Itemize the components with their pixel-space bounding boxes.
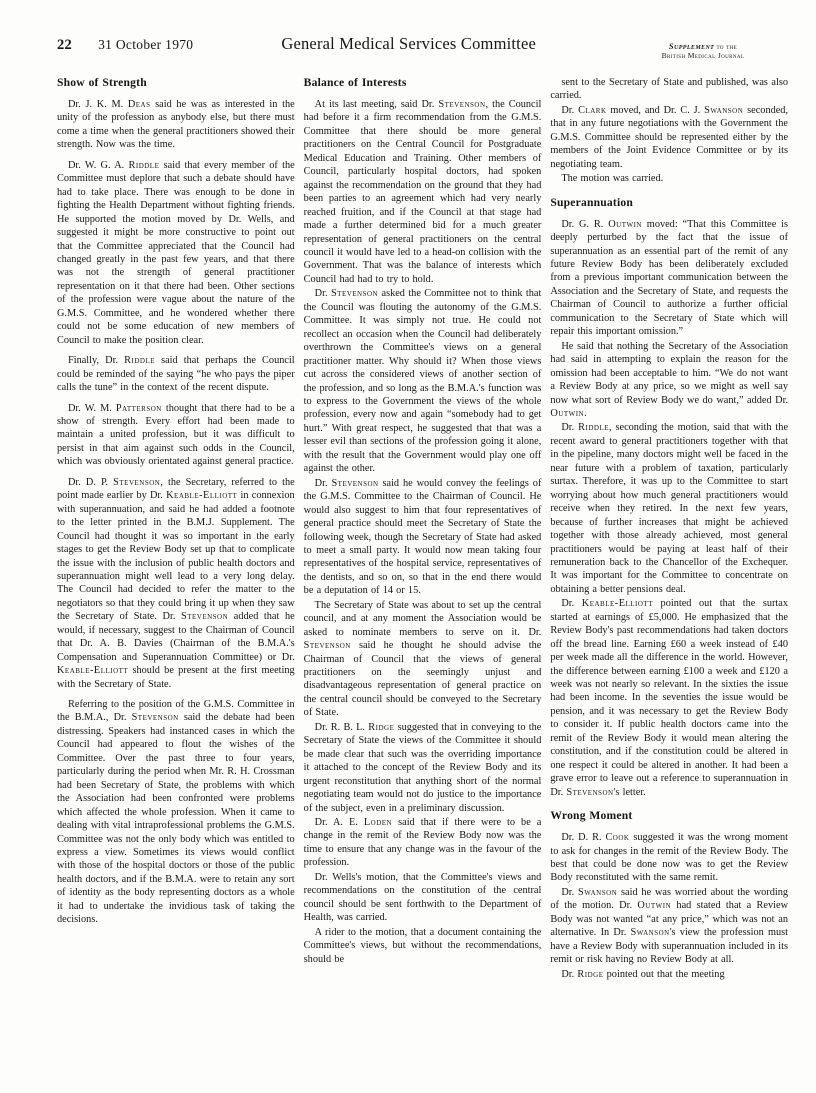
journal-name: British Medical Journal	[618, 51, 788, 60]
body-paragraph: Dr. G. R. Outwin moved: “That this Commi…	[550, 218, 788, 339]
issue-date: 31 October 1970	[98, 37, 193, 53]
body-paragraph: Dr. Ridge pointed out that the meeting	[550, 968, 788, 981]
body-paragraph: Dr. R. B. L. Ridge suggested that in con…	[304, 721, 542, 815]
running-head-left: 22 31 October 1970	[57, 37, 193, 54]
body-paragraph: The Secretary of State was about to set …	[304, 599, 542, 720]
section-heading: Balance of Interests	[304, 76, 542, 89]
body-paragraph: Dr. A. E. Loden said that if there were …	[304, 816, 542, 870]
body-paragraph: Dr. D. P. Stevenson, the Secretary, refe…	[57, 476, 295, 691]
supplement-word: Supplement	[669, 41, 714, 51]
body-paragraph: The motion was carried.	[550, 172, 788, 185]
section-heading: Show of Strength	[57, 76, 295, 89]
body-paragraph: Dr. Clark moved, and Dr. C. J. Swanson s…	[550, 104, 788, 171]
body-paragraph: Dr. Stevenson asked the Committee not to…	[304, 287, 542, 475]
body-paragraph: Referring to the position of the G.M.S. …	[57, 698, 295, 927]
body-paragraph: Finally, Dr. Riddle said that perhaps th…	[57, 354, 295, 394]
body-paragraph: He said that nothing the Secretary of th…	[550, 340, 788, 421]
column-2: Balance of InterestsAt its last meeting,…	[304, 76, 542, 982]
body-paragraph: Dr. D. R. Cook suggested it was the wron…	[550, 831, 788, 885]
column-3: sent to the Secretary of State and publi…	[550, 76, 788, 982]
body-paragraph: At its last meeting, said Dr. Stevenson,…	[304, 98, 542, 286]
body-paragraph: Dr. W. M. Patterson thought that there h…	[57, 402, 295, 469]
body-paragraph: sent to the Secretary of State and publi…	[550, 76, 788, 103]
running-head: 22 31 October 1970 General Medical Servi…	[57, 34, 788, 60]
body-paragraph: Dr. Keable-Elliott pointed out that the …	[550, 597, 788, 799]
body-paragraph: Dr. J. K. M. Deas said he was as interes…	[57, 98, 295, 152]
column-1: Show of StrengthDr. J. K. M. Deas said h…	[57, 76, 295, 982]
section-heading: Superannuation	[550, 196, 788, 209]
section-heading: Wrong Moment	[550, 809, 788, 822]
page-number: 22	[57, 37, 72, 54]
body-paragraph: Dr. Stevenson said he would convey the f…	[304, 477, 542, 598]
supplement-line: Supplement to the	[618, 42, 788, 51]
journal-page: 22 31 October 1970 General Medical Servi…	[0, 0, 816, 1093]
page-title: General Medical Services Committee	[193, 34, 618, 54]
body-paragraph: Dr. Swanson said he was worried about th…	[550, 886, 788, 967]
body-paragraph: Dr. W. G. A. Riddle said that every memb…	[57, 159, 295, 347]
body-paragraph: Dr. Riddle, seconding the motion, said t…	[550, 421, 788, 596]
article-columns: Show of StrengthDr. J. K. M. Deas said h…	[57, 76, 788, 982]
body-paragraph: Dr. Wells's motion, that the Committee's…	[304, 871, 542, 925]
body-paragraph: A rider to the motion, that a document c…	[304, 926, 542, 966]
journal-imprint: Supplement to the British Medical Journa…	[618, 42, 788, 60]
supplement-rest: to the	[714, 42, 737, 51]
